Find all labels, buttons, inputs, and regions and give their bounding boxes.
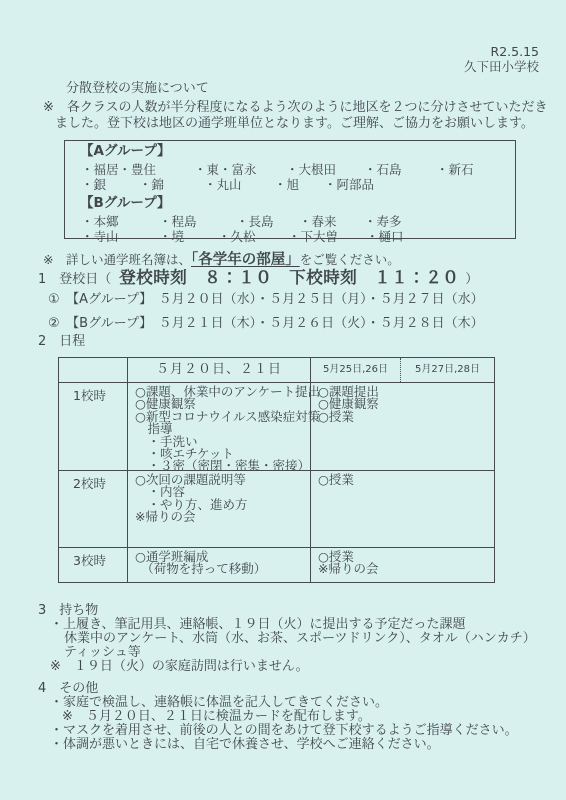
page-title: 分散登校の実施について (66, 77, 209, 96)
schedule-text-line: （荷物を持って移動） (135, 563, 310, 575)
intro-line-1: ※ 各クラスの人数が半分程度になるよう次のように地区を２つに分けさせていただき (43, 100, 548, 116)
group-b-row2: ・寺山・境・久松・下大曽・樋口 (65, 227, 515, 242)
section2-heading: 2 日程 (38, 330, 85, 349)
period3-label: 3校時 (59, 548, 128, 582)
section1-heading-open: 1 登校日（ (38, 272, 111, 287)
other-line-4: ・体調が悪いときには、自宅で休養させ、学校へご連絡ください。 (50, 733, 440, 752)
school-times: 登校時刻 ８：１０ 下校時刻 １１：２０ (119, 268, 459, 287)
district-name: ・旭 (274, 175, 299, 193)
table-header-empty-cell (59, 358, 128, 382)
schedule-table: ５月２０日、２１日 5月25日,26日5月27日,28日 1校時 ○課題、休業中… (58, 357, 495, 583)
period3-activities-day2: ○授業※帰りの会 (311, 548, 494, 582)
period2-label: 2校時 (59, 471, 128, 547)
doc-date: R2.5.15 (464, 45, 539, 60)
table-header-row: ５月２０日、２１日 5月25日,26日5月27日,28日 (59, 358, 494, 382)
schedule-text-line: ※帰りの会 (318, 563, 494, 575)
period1-label: 1校時 (59, 383, 128, 470)
group-box: 【Aグループ】 ・福居・豊住・東・富永・大根田・石島・新石 ・銀・錦・丸山・旭・… (64, 140, 516, 239)
section1-heading: 1 登校日（登校時刻 ８：１０ 下校時刻 １１：２０） (38, 264, 478, 288)
period1-activities-day2: ○課題提出○健康観察○授業 (311, 383, 494, 470)
district-name: ・銀 (81, 175, 106, 193)
section1-heading-close: ） (465, 272, 478, 287)
district-name: ・樋口 (366, 227, 404, 245)
table-header-dates-2a: 5月25日,26日 (311, 358, 400, 382)
table-row-period2: 2校時 ○次回の課題説明等 ・内容 ・やり方、進め方※帰りの会 ○授業 (59, 470, 494, 547)
schedule-text-line: ・３密（密閉・密集・密接） (135, 460, 310, 470)
group-b-title: 【Bグループ】 (80, 195, 515, 212)
schedule-text-line: ○授業 (318, 474, 494, 486)
district-name: ・久松 (218, 227, 256, 245)
district-name: ・下大曽 (288, 227, 338, 245)
group-b-row1: ・本郷・程島・長島・春来・寿多 (65, 212, 515, 227)
district-name: ・錦 (139, 175, 164, 193)
table-header-dates-2: 5月25日,26日5月27日,28日 (311, 358, 494, 382)
intro-paragraph: ※ 各クラスの人数が半分程度になるよう次のように地区を２つに分けさせていただき … (43, 100, 548, 131)
group-a-title: 【Aグループ】 (80, 143, 515, 160)
period2-activities-day1: ○次回の課題説明等 ・内容 ・やり方、進め方※帰りの会 (128, 471, 311, 547)
schedule-text-line: ○授業 (318, 411, 494, 423)
document-page: R2.5.15 久下田小学校 分散登校の実施について ※ 各クラスの人数が半分程… (0, 0, 566, 800)
schedule-text-line: ※帰りの会 (135, 511, 310, 523)
table-header-dates-1: ５月２０日、２１日 (128, 358, 311, 382)
school-name: 久下田小学校 (464, 60, 539, 75)
period2-activities-day2: ○授業 (311, 471, 494, 547)
district-name: ・境 (159, 227, 184, 245)
home-visit-note: ※ １９日（火）の家庭訪問は行いません。 (50, 655, 309, 674)
group-a-dates: ① 【Aグループ】 ５月２０日（水）・５月２５日（月）・５月２７日（水） (48, 288, 484, 307)
table-row-period1: 1校時 ○課題、休業中のアンケート提出○健康観察○新型コロナウイルス感染症対策 … (59, 382, 494, 470)
doc-header-right: R2.5.15 久下田小学校 (464, 45, 539, 74)
period1-activities-day1: ○課題、休業中のアンケート提出○健康観察○新型コロナウイルス感染症対策 指導 ・… (128, 383, 311, 470)
intro-line-2: ました。登下校は地区の通学班単位となります。ご理解、ご協力をお願いします。 (55, 116, 548, 132)
district-name: ・阿部品 (324, 175, 374, 193)
period3-activities-day1: ○通学班編成 （荷物を持って移動） (128, 548, 311, 582)
group-a-row2: ・銀・錦・丸山・旭・阿部品 (65, 175, 515, 190)
district-name: ・寺山 (81, 227, 119, 245)
group-b-dates: ② 【Bグループ】 ５月２１日（木）・５月２６日（火）・５月２８日（木） (48, 312, 484, 331)
table-row-period3: 3校時 ○通学班編成 （荷物を持って移動） ○授業※帰りの会 (59, 547, 494, 582)
table-header-dates-2b: 5月27日,28日 (400, 358, 494, 382)
group-a-row1: ・福居・豊住・東・富永・大根田・石島・新石 (65, 160, 515, 175)
district-name: ・丸山 (204, 175, 242, 193)
